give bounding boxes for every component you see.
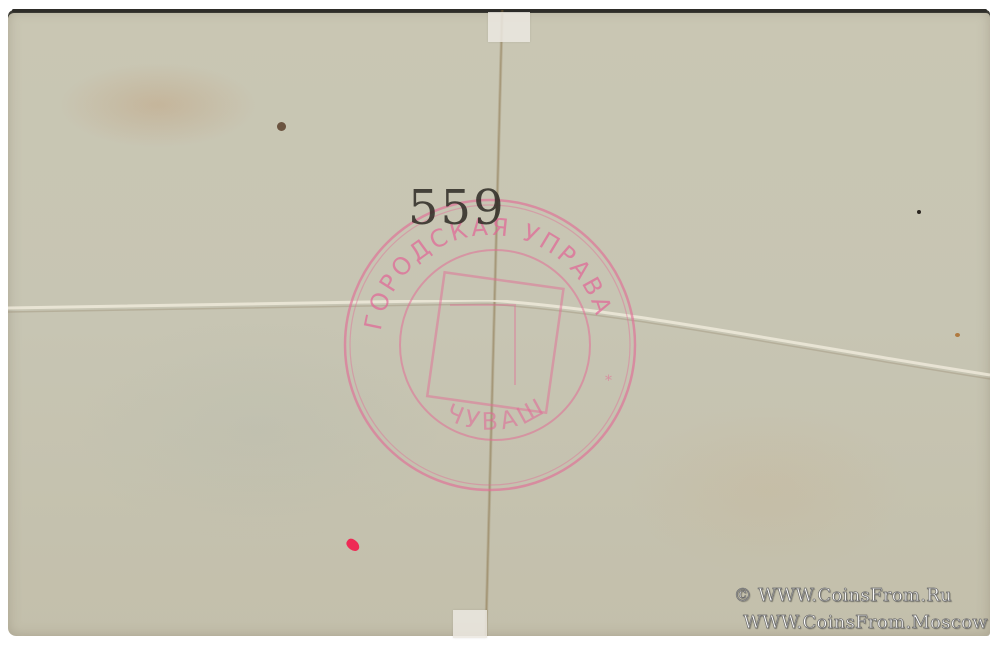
tape-repair-bottom [453, 610, 487, 638]
watermark-line1: © WWW.CoinsFrom.Ru [734, 585, 952, 606]
serial-number: 559 [408, 180, 506, 236]
stain-dot [955, 333, 960, 337]
tape-repair-top [488, 12, 530, 42]
city-council-stamp: ГОРОДСКАЯ УПРАВА ЧУВАШ * [340, 195, 640, 495]
stain-dot [917, 210, 921, 214]
stain-dot [277, 122, 286, 131]
svg-text:ЧУВАШ: ЧУВАШ [442, 391, 551, 435]
watermark-line2: WWW.CoinsFrom.Moscow [743, 612, 988, 633]
svg-text:*: * [605, 373, 612, 389]
